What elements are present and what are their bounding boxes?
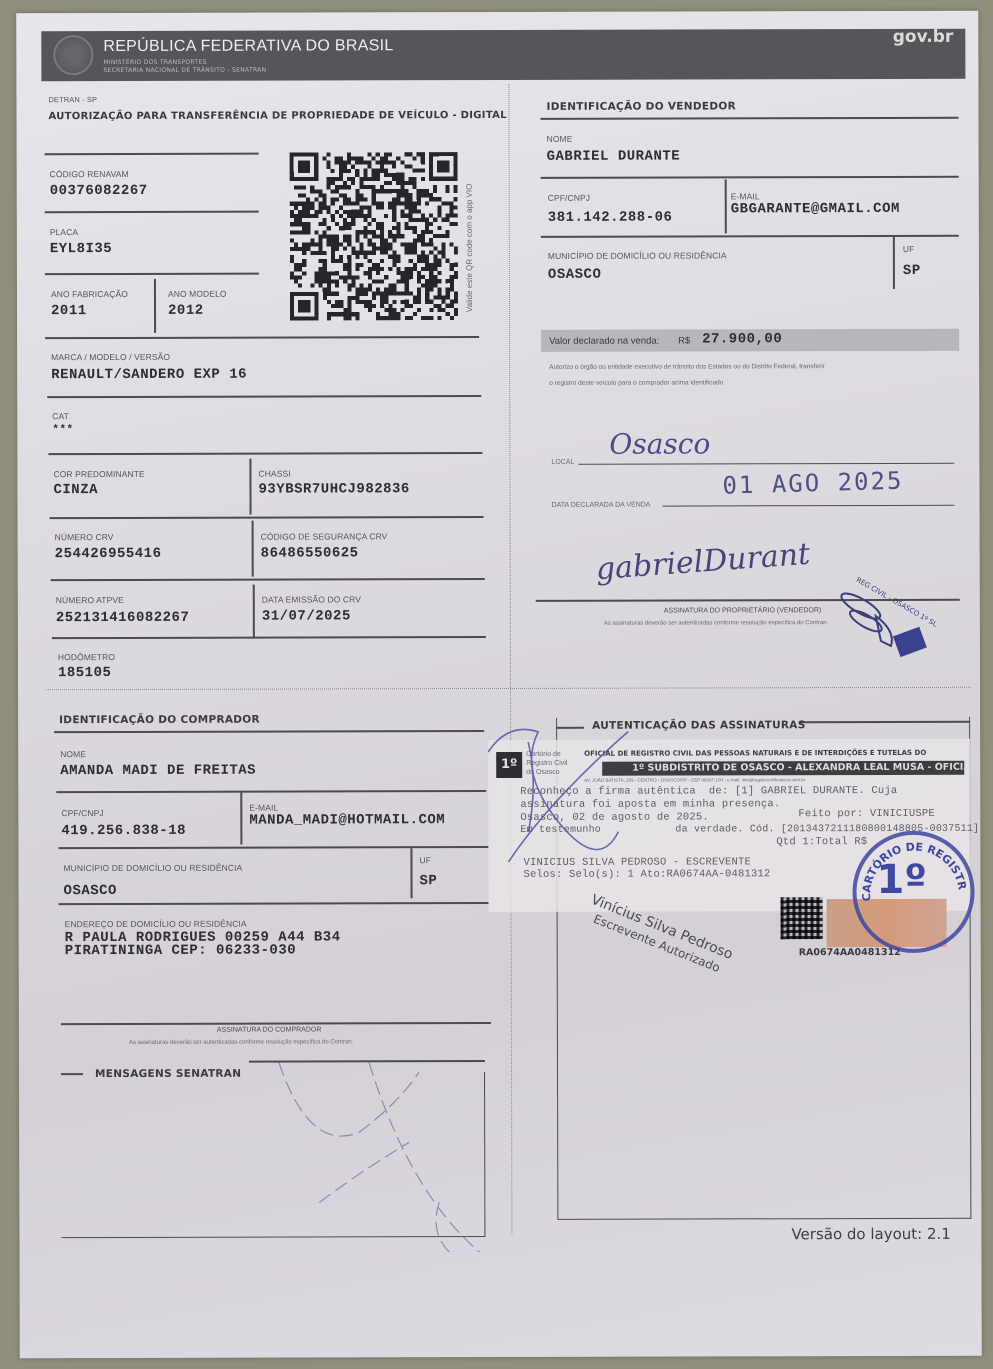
country-title: REPÚBLICA FEDERATIVA DO BRASIL — [103, 37, 393, 56]
issuer-label: DETRAN - SP — [48, 95, 97, 104]
buyer-uf-label: UF — [419, 855, 431, 865]
ano-fabricacao-label: ANO FABRICAÇÃO — [51, 289, 128, 299]
seller-section-title: IDENTIFICAÇÃO DO VENDEDOR — [546, 100, 736, 112]
buyer-email-label: E-MAIL — [249, 803, 278, 813]
seller-cpf-label: CPF/CNPJ — [548, 193, 590, 203]
seller-email-label: E-MAIL — [731, 191, 760, 201]
seller-signature: gabrielDurant — [595, 537, 812, 587]
codigo-seguranca-value: 86486550625 — [261, 545, 359, 561]
buyer-endereco-label: ENDEREÇO DE DOMICÍLIO OU RESIDÊNCIA — [65, 919, 247, 929]
buyer-cpf-value: 419.256.838-18 — [61, 823, 186, 839]
sale-value: 27.900,00 — [702, 331, 782, 347]
horizontal-fold-line — [46, 687, 971, 690]
govbr-logo: gov.br — [893, 27, 954, 47]
buyer-uf-value: SP — [419, 873, 437, 889]
seller-signature-label: ASSINATURA DO PROPRIETÁRIO (VENDEDOR) — [664, 607, 821, 614]
buyer-section-title: IDENTIFICAÇÃO DO COMPRADOR — [59, 714, 260, 727]
government-header: REPÚBLICA FEDERATIVA DO BRASIL MINISTÉRI… — [41, 29, 965, 81]
local-handwritten: Osasco — [609, 427, 710, 460]
buyer-municipio-value: OSASCO — [64, 883, 117, 899]
seller-name-value: GABRIEL DURANTE — [547, 149, 681, 165]
authentication-pen-mark — [448, 712, 649, 913]
senatran-messages-title: MENSAGENS SENATRAN — [95, 1068, 241, 1080]
sale-date-stamp: 01 AGO 2025 — [722, 467, 904, 500]
layout-version: Versão do layout: 2.1 — [791, 1225, 950, 1243]
chassi-label: CHASSI — [258, 469, 290, 479]
ano-modelo-value: 2012 — [168, 303, 204, 319]
atpv-document: REPÚBLICA FEDERATIVA DO BRASIL MINISTÉRI… — [16, 11, 982, 1359]
seller-signature-note: As assinaturas deverão ser autenticadas … — [604, 620, 828, 627]
seller-uf-value: SP — [903, 263, 921, 279]
hodometro-value: 185105 — [58, 665, 111, 681]
svg-text:CARTÓRIO DE REGISTRO CIVIL: CARTÓRIO DE REGISTRO CIVIL — [852, 831, 968, 902]
marca-modelo-value: RENAULT/SANDERO EXP 16 — [51, 367, 247, 384]
ano-modelo-label: ANO MODELO — [168, 289, 227, 299]
ministry-name: MINISTÉRIO DOS TRANSPORTES — [103, 59, 206, 66]
seller-municipio-value: OSASCO — [548, 267, 601, 283]
numero-atpve-value: 252131416082267 — [56, 610, 190, 626]
data-venda-label: DATA DECLARADA DA VENDA — [552, 502, 651, 509]
buyer-name-label: NOME — [60, 749, 86, 759]
svg-text:REG CIVIL - OSASCO 1º SUBDIST: REG CIVIL - OSASCO 1º SUBDIST — [855, 576, 936, 640]
hodometro-label: HODÔMETRO — [58, 652, 115, 662]
placa-value: EYL8I35 — [50, 241, 112, 257]
data-emissao-value: 31/07/2025 — [262, 608, 351, 624]
validation-qr-code[interactable] — [290, 152, 458, 320]
chassi-value: 93YBSR7UHCJ982836 — [258, 481, 409, 497]
renavam-value: 00376082267 — [50, 183, 148, 199]
cat-value: *** — [52, 424, 73, 436]
numero-crv-value: 254426955416 — [55, 546, 162, 562]
placa-label: PLACA — [50, 227, 78, 237]
seller-municipio-label: MUNICÍPIO DE DOMICÍLIO OU RESIDÊNCIA — [548, 250, 727, 260]
numero-crv-label: NÚMERO CRV — [55, 532, 114, 542]
hand-pointer-stamp-icon: REG CIVIL - OSASCO 1º SUBDIST — [826, 561, 936, 661]
buyer-cpf-label: CPF/CNPJ — [61, 808, 103, 818]
renavam-label: CÓDIGO RENAVAM — [50, 169, 129, 179]
buyer-municipio-label: MUNICÍPIO DE DOMICÍLIO OU RESIDÊNCIA — [63, 863, 242, 873]
ano-fabricacao-value: 2011 — [51, 303, 87, 319]
numero-atpve-label: NÚMERO ATPVe — [56, 595, 124, 605]
currency-symbol: R$ — [678, 335, 690, 346]
buyer-signature-mark — [249, 1032, 510, 1263]
brazil-coat-of-arms-icon — [53, 35, 93, 75]
cor-value: CINZA — [53, 482, 98, 498]
authorization-text-1: Autorizo o órgão ou entidade executivo d… — [549, 363, 825, 371]
qr-caption: Valide este QR code com o app VIO — [465, 184, 474, 312]
marca-modelo-label: MARCA / MODELO / VERSÃO — [51, 352, 170, 362]
buyer-endereco-line2: PIRATININGA CEP: 06233-030 — [65, 945, 296, 959]
sale-value-bar: Valor declarado na venda: R$ 27.900,00 — [541, 329, 959, 352]
data-emissao-label: DATA EMISSÃO DO CRV — [262, 594, 361, 604]
cor-label: COR PREDOMINANTE — [53, 469, 144, 479]
cartorio-line2: 1º SUBDISTRITO DE OSASCO - ALEXANDRA LEA… — [602, 761, 964, 776]
cat-label: CAT — [52, 411, 69, 421]
codigo-seguranca-label: CÓDIGO DE SEGURANÇA CRV — [261, 531, 388, 541]
document-title: AUTORIZAÇÃO PARA TRANSFERÊNCIA DE PROPRI… — [48, 110, 506, 122]
selo-qr-code[interactable] — [781, 897, 823, 939]
sale-value-label: Valor declarado na venda: — [549, 336, 659, 347]
seller-cpf-value: 381.142.288-06 — [548, 210, 673, 226]
seller-name-label: NOME — [547, 134, 573, 144]
seller-uf-label: UF — [903, 244, 915, 254]
seal-text-ring: CARTÓRIO DE REGISTRO CIVIL — [852, 831, 974, 953]
center-fold-line — [508, 84, 512, 1234]
stamp-feito-por: Feito por: VINICIUSPE — [798, 808, 935, 820]
seller-email-value: GBGARANTE@GMAIL.COM — [731, 201, 900, 217]
buyer-name-value: AMANDA MADI DE FREITAS — [60, 763, 256, 780]
authorization-text-2: o registro deste veículo para o comprado… — [549, 379, 723, 386]
local-label: LOCAL — [551, 459, 574, 466]
buyer-email-value: MANDA_MADI@HOTMAIL.COM — [249, 812, 445, 829]
secretariat-name: SECRETARIA NACIONAL DE TRÂNSITO - SENATR… — [103, 67, 266, 74]
